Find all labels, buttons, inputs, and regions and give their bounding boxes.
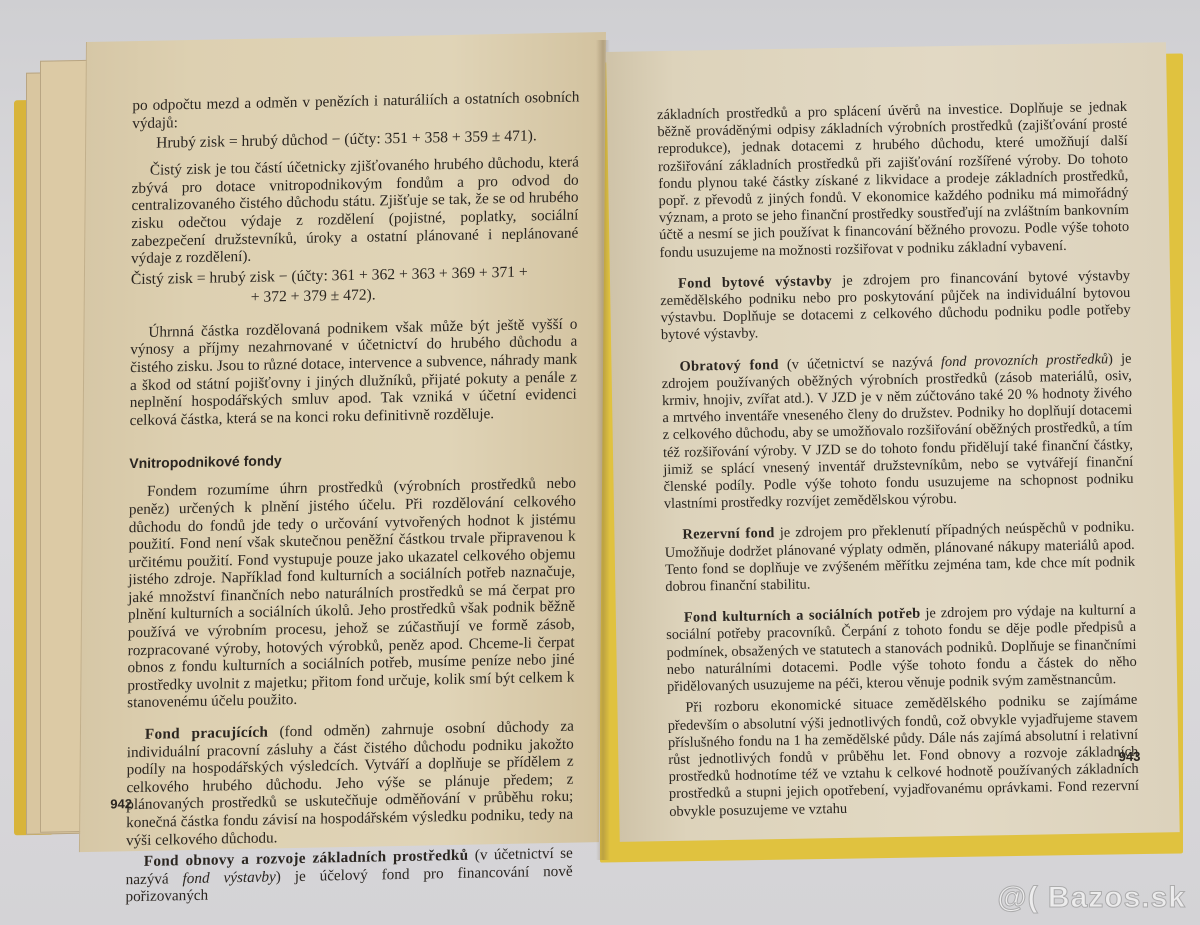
left-page: po odpočtu mezd a odměn v penězích i nat… bbox=[79, 32, 606, 852]
paragraph-fund-renewal: Fond obnovy a rozvoje základních prostře… bbox=[125, 845, 572, 906]
term-italic: fond výstavby bbox=[183, 868, 276, 887]
paragraph: Čistý zisk je tou částí účetnicky zjišťo… bbox=[131, 154, 579, 268]
paragraph-social-fund: Fond kulturních a sociálních potřeb je z… bbox=[666, 602, 1137, 696]
right-page: základních prostředků a pro splácení úvě… bbox=[606, 42, 1180, 842]
paragraph-working-capital-fund: Obratový fond (v účetnictví se nazývá fo… bbox=[661, 351, 1134, 514]
term-bold: Rezervní fond bbox=[682, 526, 774, 544]
paragraph: Při rozboru ekonomické situace zemědělsk… bbox=[667, 692, 1139, 821]
paragraph: po odpočtu mezd a odměn v penězích i nat… bbox=[132, 89, 579, 133]
paragraph: základních prostředků a pro splácení úvě… bbox=[657, 99, 1130, 262]
paragraph-reserve-fund: Rezervní fond je zdrojem pro překlenutí … bbox=[664, 519, 1135, 596]
term-bold: Obratový fond bbox=[679, 357, 778, 375]
paragraph-housing-fund: Fond bytové výstavby je zdrojem pro fina… bbox=[660, 268, 1131, 345]
term-bold: Fond pracujících bbox=[145, 724, 268, 743]
term-bold: Fond bytové výstavby bbox=[678, 273, 832, 292]
paragraph-fund-workers: Fond pracujících (fond odměn) zahrnuje o… bbox=[126, 718, 574, 850]
formula-net-profit: Čistý zisk = hrubý zisk − (účty: 361 + 3… bbox=[131, 261, 578, 310]
page-number: 942 bbox=[110, 796, 132, 811]
paragraph: Úhrnná částka rozdělovaná podnikem však … bbox=[130, 315, 578, 429]
section-heading: Vnitropodnikové fondy bbox=[129, 447, 576, 472]
text: (v účetnictví se nazývá bbox=[779, 354, 942, 373]
term-italic: fond provozních prostředků bbox=[941, 351, 1108, 370]
text: ) je zdrojem používaných oběžných výrobn… bbox=[662, 351, 1134, 513]
watermark-logo: @( Bazos.sk bbox=[997, 881, 1186, 915]
page-number: 943 bbox=[1119, 749, 1141, 764]
paragraph: Fondem rozumíme úhrn prostředků (výrobní… bbox=[127, 475, 576, 712]
